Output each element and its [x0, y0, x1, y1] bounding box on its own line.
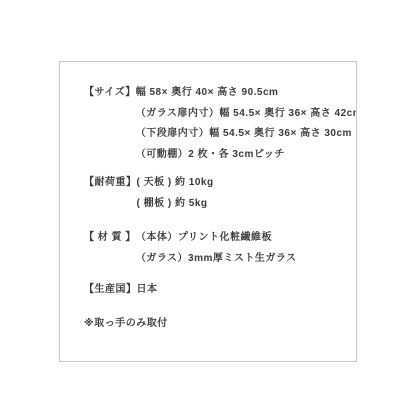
- spec-line-load-shelf-board: ( 棚板 ) 約 5kg: [137, 194, 349, 215]
- spec-box: 【サイズ】 幅 58× 奥行 40× 高さ 90.5cm （ガラス扉内寸）幅 5…: [59, 61, 357, 362]
- spec-label-size: 【サイズ】: [84, 83, 136, 104]
- product-spec-image: 【サイズ】 幅 58× 奥行 40× 高さ 90.5cm （ガラス扉内寸）幅 5…: [0, 0, 416, 396]
- spec-body-load-capacity: ( 天板 ) 約 10kg ( 棚板 ) 約 5kg: [137, 173, 349, 214]
- spec-line-material-body: （本体）プリント化粧繊維板: [136, 228, 348, 249]
- spec-note-handle-only: ※取っ手のみ取付: [84, 314, 348, 335]
- spec-label-material: 【 材 質 】: [84, 228, 136, 249]
- spec-section-material: 【 材 質 】 （本体）プリント化粧繊維板 （ガラス）3mm厚ミスト生ガラス: [84, 228, 348, 269]
- spec-line-load-top-board: ( 天板 ) 約 10kg: [137, 173, 349, 194]
- spec-line-size-movable-shelf: （可動棚）2 枚・各 3cmピッチ: [136, 145, 348, 166]
- spec-line-country-value: 日本: [137, 280, 349, 301]
- spec-line-size-lower-door-inner: （下段扉内寸）幅 54.5× 奥行 36× 高さ 30cm: [136, 124, 348, 145]
- spec-label-country: 【生産国】: [84, 280, 137, 301]
- spec-line-size-glass-door-inner: （ガラス扉内寸）幅 54.5× 奥行 36× 高さ 42cm: [136, 104, 348, 125]
- spec-body-material: （本体）プリント化粧繊維板 （ガラス）3mm厚ミスト生ガラス: [136, 228, 348, 269]
- spec-label-load-capacity: 【耐荷重】: [84, 173, 137, 194]
- spec-section-size: 【サイズ】 幅 58× 奥行 40× 高さ 90.5cm （ガラス扉内寸）幅 5…: [84, 83, 348, 165]
- spec-line-material-glass: （ガラス）3mm厚ミスト生ガラス: [136, 249, 348, 270]
- spec-line-size-overall: 幅 58× 奥行 40× 高さ 90.5cm: [136, 83, 348, 104]
- spec-body-country: 日本: [137, 280, 349, 301]
- spec-section-country: 【生産国】 日本: [84, 280, 348, 301]
- spec-section-load-capacity: 【耐荷重】 ( 天板 ) 約 10kg ( 棚板 ) 約 5kg: [84, 173, 348, 214]
- spec-body-size: 幅 58× 奥行 40× 高さ 90.5cm （ガラス扉内寸）幅 54.5× 奥…: [136, 83, 348, 165]
